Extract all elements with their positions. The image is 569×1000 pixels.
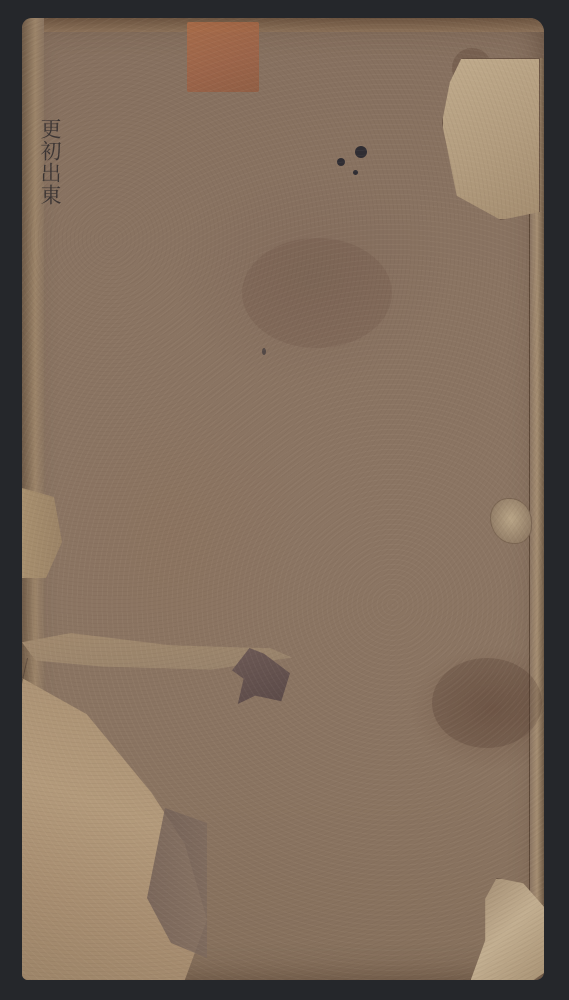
top-edge — [22, 18, 544, 32]
torn-corner-top-right — [442, 58, 540, 220]
ink-spot — [353, 170, 358, 175]
title-inscription: 更初出東 — [36, 118, 64, 206]
ink-spot — [262, 348, 266, 355]
worn-left-strip — [22, 488, 62, 578]
stain — [432, 658, 542, 748]
paper-blister — [490, 498, 532, 544]
faded-red-label — [187, 22, 259, 92]
manuscript-cover: 更初出東 — [22, 18, 544, 980]
handwritten-title: 更初出東 — [36, 118, 66, 268]
ink-spot — [355, 146, 367, 158]
stain — [242, 238, 392, 348]
ink-spot — [337, 158, 345, 166]
